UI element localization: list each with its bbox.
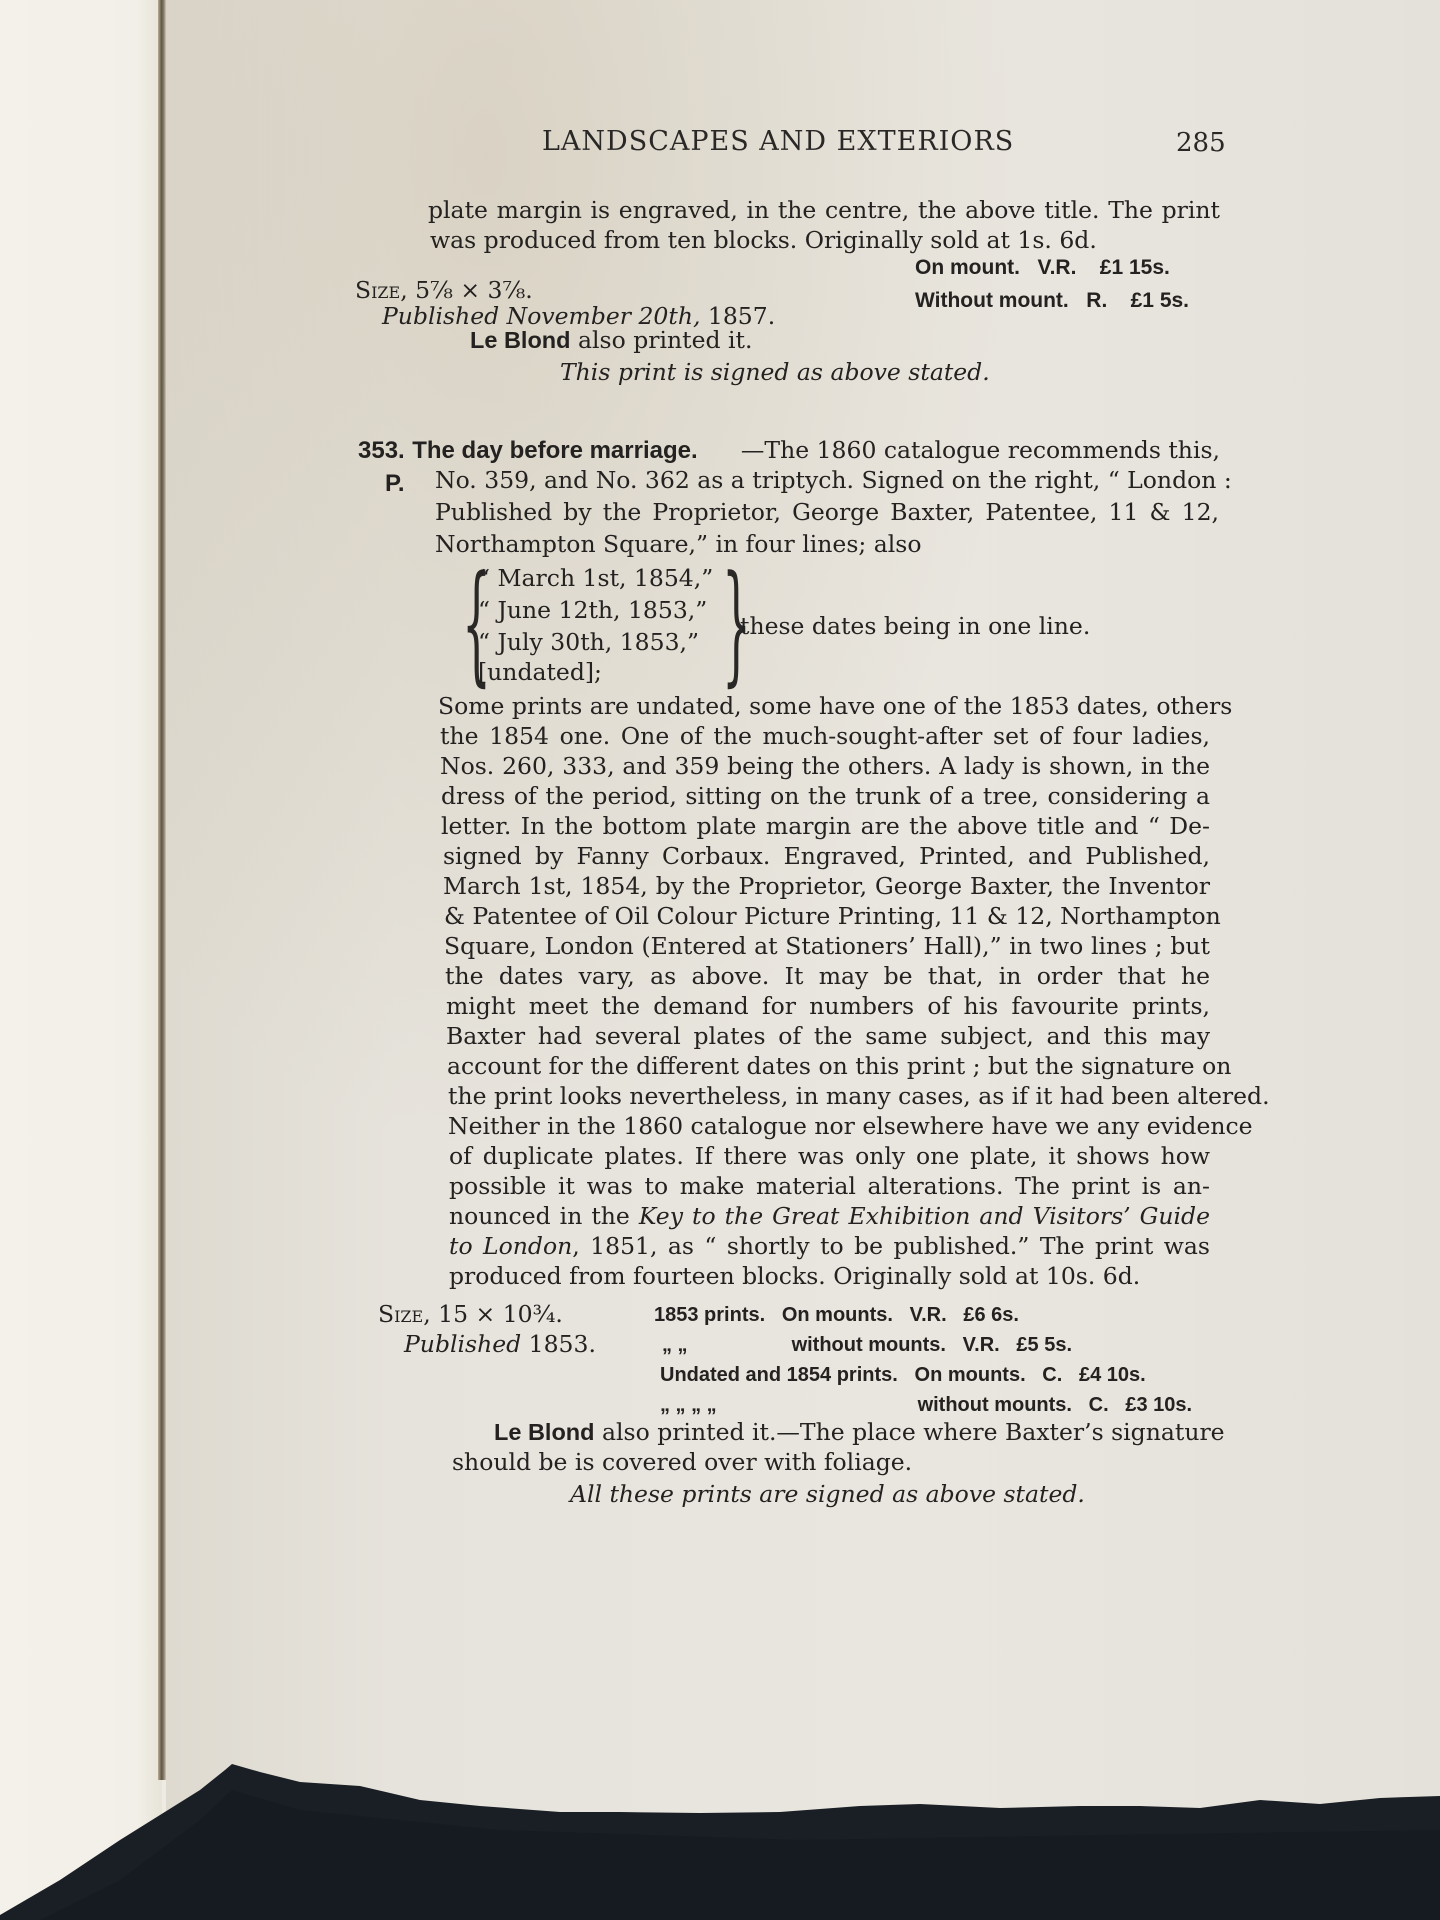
text-line: nounced in the Key to the Great Exhibiti… xyxy=(449,1202,1210,1230)
size-label: Size, xyxy=(355,276,408,304)
text-line: Some prints are undated, some have one o… xyxy=(438,692,1210,720)
text-line: Nos. 260, 333, and 359 being the others.… xyxy=(440,752,1210,780)
published-year: 1853. xyxy=(529,1330,596,1358)
le-blond-line: Le Blond also printed it. xyxy=(470,326,752,354)
published-line: Published 1853. xyxy=(404,1330,596,1358)
date-line: “ July 30th, 1853,” xyxy=(478,628,699,656)
italic-title: to London xyxy=(449,1232,572,1260)
size-label: Size, xyxy=(378,1300,431,1328)
price-label: On mounts. xyxy=(915,1364,1026,1386)
price-row: On mount. V.R. £1 15s. xyxy=(915,256,1170,280)
text-line: Baxter had several plates of the same su… xyxy=(446,1022,1210,1050)
price-row: 1853 prints. On mounts. V.R. £6 6s. xyxy=(654,1304,1019,1327)
text-line: the print looks nevertheless, in many ca… xyxy=(448,1082,1210,1110)
signed-note: All these prints are signed as above sta… xyxy=(570,1480,1085,1508)
text-line: letter. In the bottom plate margin are t… xyxy=(441,812,1210,840)
italic-title: Key to the Great Exhibition and Visitors… xyxy=(639,1202,1210,1230)
text-line: might meet the demand for numbers of his… xyxy=(446,992,1210,1020)
book-gutter xyxy=(158,0,166,1780)
le-blond-name: Le Blond xyxy=(470,327,571,353)
size-value: 5⅞ × 3⅞. xyxy=(415,276,533,304)
price: £4 10s. xyxy=(1079,1364,1146,1386)
price: £6 6s. xyxy=(963,1304,1019,1326)
date-line: “ March 1st, 1854,” xyxy=(478,564,713,592)
price-label: without mounts. xyxy=(918,1394,1072,1416)
text-line: the dates vary, as above. It may be that… xyxy=(445,962,1210,990)
price: £1 5s. xyxy=(1131,289,1189,312)
running-head: LANDSCAPES AND EXTERIORS xyxy=(542,126,1014,157)
text-line: Neither in the 1860 catalogue nor elsewh… xyxy=(448,1112,1210,1140)
rarity: V.R. xyxy=(963,1334,1000,1356)
price: £5 5s. xyxy=(1016,1334,1072,1356)
rarity: V.R. xyxy=(910,1304,947,1326)
ditto-marks: „ „ „ „ xyxy=(660,1394,912,1417)
le-blond-name: Le Blond xyxy=(494,1419,595,1445)
price-label: Without mount. xyxy=(915,289,1069,312)
price-label: On mount. xyxy=(915,256,1020,279)
text-line: signed by Fanny Corbaux. Engraved, Print… xyxy=(443,842,1210,870)
price-label: On mounts. xyxy=(782,1304,893,1326)
text-line: & Patentee of Oil Colour Picture Printin… xyxy=(444,902,1210,930)
text-line: —The 1860 catalogue recommends this, xyxy=(741,436,1220,465)
size-line: Size, 15 × 10¾. xyxy=(378,1300,563,1328)
text-line: Square, London (Entered at Stationers’ H… xyxy=(444,932,1210,960)
text-line: the 1854 one. One of the much-sought-aft… xyxy=(440,722,1210,750)
rarity: C. xyxy=(1042,1364,1062,1386)
le-blond-text: also printed it.—The place where Baxter’… xyxy=(595,1418,1225,1446)
price-row: Without mount. R. £1 5s. xyxy=(915,289,1189,313)
left-facing-page xyxy=(0,0,162,1920)
text-line: No. 359, and No. 362 as a triptych. Sign… xyxy=(435,466,1219,494)
le-blond-text: also printed it. xyxy=(571,326,753,354)
text-line: Northampton Square,” in four lines; also xyxy=(435,530,922,558)
text-fragment: , 1851, as “ shortly to be published.” T… xyxy=(572,1232,1210,1260)
price-group: 1853 prints. xyxy=(654,1304,765,1326)
text-line: account for the different dates on this … xyxy=(447,1052,1210,1080)
price-row: „ „ „ „ without mounts. C. £3 10s. xyxy=(660,1394,1192,1417)
entry-number: 353. xyxy=(358,437,405,464)
text-line: produced from fourteen blocks. Originall… xyxy=(449,1262,1140,1290)
price-row: „ „ without mounts. V.R. £5 5s. xyxy=(662,1334,1072,1357)
page-number: 285 xyxy=(1176,128,1226,158)
signed-note: This print is signed as above stated. xyxy=(560,358,990,386)
rarity: V.R. xyxy=(1038,256,1077,279)
text-fragment: nounced in the xyxy=(449,1202,639,1230)
le-blond-line: Le Blond also printed it.—The place wher… xyxy=(494,1418,1225,1446)
size-value: 15 × 10¾. xyxy=(438,1300,563,1328)
date-line: “ June 12th, 1853,” xyxy=(478,596,707,624)
published-label: Published xyxy=(404,1330,521,1358)
rarity: R. xyxy=(1086,289,1107,312)
date-line: [undated]; xyxy=(478,658,602,686)
text-line: Published by the Proprietor, George Baxt… xyxy=(435,498,1219,526)
text-line: possible it was to make material alterat… xyxy=(449,1172,1210,1200)
price: £3 10s. xyxy=(1125,1394,1192,1416)
text-line: was produced from ten blocks. Originally… xyxy=(430,226,1097,254)
price-group: Undated and 1854 prints. xyxy=(660,1364,898,1386)
text-line: plate margin is engraved, in the centre,… xyxy=(428,196,1220,224)
size-line: Size, 5⅞ × 3⅞. xyxy=(355,276,533,304)
price-label: without mounts. xyxy=(792,1334,946,1356)
entry-heading-line: 353. The day before marriage. —The 1860 … xyxy=(358,436,1220,465)
ditto-marks: „ „ xyxy=(662,1334,786,1357)
process-code: P. xyxy=(385,470,405,498)
rarity: C. xyxy=(1089,1394,1109,1416)
price-row: Undated and 1854 prints. On mounts. C. £… xyxy=(660,1364,1146,1387)
text-line: March 1st, 1854, by the Proprietor, Geor… xyxy=(443,872,1210,900)
text-line: of duplicate plates. If there was only o… xyxy=(449,1142,1210,1170)
text-line: dress of the period, sitting on the trun… xyxy=(441,782,1210,810)
entry-title: The day before marriage. xyxy=(412,437,697,464)
text-line: to London, 1851, as “ shortly to be publ… xyxy=(449,1232,1210,1260)
dates-note: these dates being in one line. xyxy=(740,612,1090,640)
price: £1 15s. xyxy=(1100,256,1170,279)
text-line: should be is covered over with foliage. xyxy=(452,1448,912,1476)
